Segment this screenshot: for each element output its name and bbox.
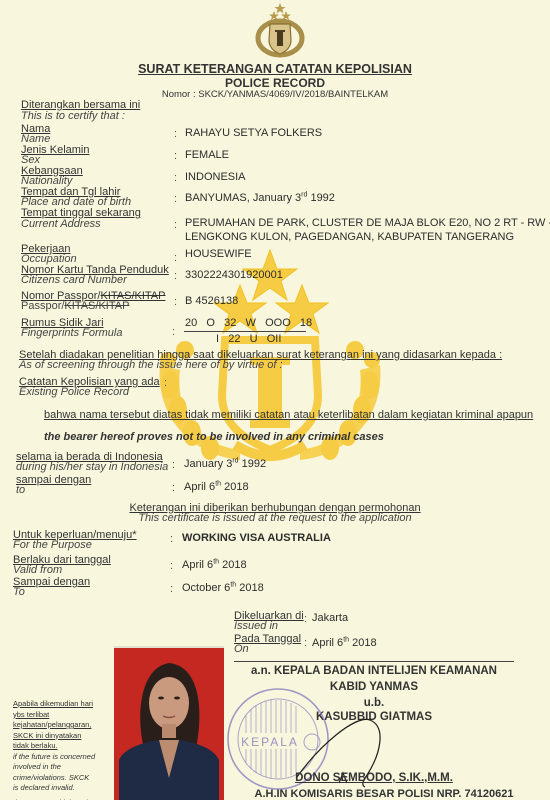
- fingerprint-divider: [184, 331, 306, 332]
- issued-place-value: Jakarta: [312, 612, 348, 625]
- colon: :: [174, 219, 177, 231]
- id-card-value: 3302224301920001: [185, 269, 283, 282]
- label-en: Citizens card Number: [21, 275, 127, 286]
- note-line: kejahatan/pelanggaran,: [13, 720, 95, 731]
- colon: :: [172, 326, 175, 338]
- signatory-line-1: a.n. KEPALA BADAN INTELIJEN KEAMANAN: [234, 665, 514, 677]
- note-line: is declared invalid.: [13, 783, 95, 794]
- police-crest-icon: [248, 2, 312, 58]
- valid-to-label-en: To: [13, 587, 25, 598]
- purpose-value: WORKING VISA AUSTRALIA: [182, 532, 331, 545]
- statement-en: the bearer hereof proves not to be invol…: [44, 431, 384, 443]
- colon: :: [174, 296, 177, 308]
- colon: :: [304, 637, 307, 649]
- name-value: RAHAYU SETYA FOLKERS: [185, 127, 322, 140]
- svg-text:KEPALA: KEPALA: [241, 735, 299, 749]
- occupation-value: HOUSEWIFE: [185, 248, 252, 261]
- existing-record-label-en: Existing Police Record: [19, 387, 129, 398]
- applicant-photo: [114, 646, 224, 800]
- nationality-value: INDONESIA: [185, 171, 246, 184]
- issued-place-label-en: Issued in: [234, 621, 278, 632]
- address-line-2: LENGKONG KULON, PAGEDANGAN, KABUPATEN TA…: [185, 231, 514, 244]
- note-line: ybs terlibat: [13, 710, 95, 721]
- note-line: Apabila dikemudian hari: [13, 699, 95, 710]
- signatory-rank: A.H.IN KOMISARIS BESAR POLISI NRP. 74120…: [234, 788, 534, 800]
- police-record-document: SURAT KETERANGAN CATATAN KEPOLISIAN POLI…: [0, 0, 550, 800]
- valid-from-value: April 6th 2018: [182, 559, 247, 572]
- note-line: crime/violations. SKCK: [13, 773, 95, 784]
- purpose-label-en: For the Purpose: [13, 540, 92, 551]
- label-en: Passpor/KITAS/KITAP: [21, 301, 129, 312]
- valid-to-value: October 6th 2018: [182, 582, 264, 595]
- sex-value: FEMALE: [185, 149, 229, 162]
- colon: :: [174, 252, 177, 264]
- portrait-icon: [114, 648, 224, 800]
- stay-to-label-id: sampai dengan: [16, 475, 91, 486]
- stay-to-label-en: to: [16, 485, 25, 496]
- label-en: Current Address: [21, 219, 101, 230]
- document-subtitle: POLICE RECORD: [0, 76, 550, 90]
- label-en: Fingerprints Formula: [21, 328, 122, 339]
- colon: :: [174, 270, 177, 282]
- note-line: SKCK ini dinyatakan: [13, 731, 95, 742]
- fingerprint-bottom: I 22 U OII: [216, 333, 281, 346]
- stay-to-value: April 6th 2018: [184, 481, 249, 494]
- intro-en: This is to certify that :: [21, 111, 125, 122]
- fingerprint-top: 20 O 32 W OOO 18: [185, 317, 312, 330]
- valid-from-label-en: Valid from: [13, 565, 62, 576]
- note-line: tidak berlaku.: [13, 741, 95, 752]
- note-line: involved in the: [13, 762, 95, 773]
- colon: :: [164, 377, 167, 389]
- issued-date-value: April 6th 2018: [312, 637, 377, 650]
- note-line: if the future is concerned: [13, 752, 95, 763]
- colon: :: [174, 172, 177, 184]
- signature-divider: [234, 661, 514, 662]
- colon: :: [174, 128, 177, 140]
- colon: :: [304, 613, 307, 625]
- stay-from-value: January 3rd 1992: [184, 458, 266, 471]
- colon: :: [172, 482, 175, 494]
- validity-note: Apabila dikemudian hari ybs terlibat kej…: [13, 699, 95, 800]
- issued-date-label-en: On: [234, 644, 249, 655]
- colon: :: [174, 193, 177, 205]
- statement-id: bahwa nama tersebut diatas tidak memilik…: [44, 410, 533, 421]
- address-line-1: PERUMAHAN DE PARK, CLUSTER DE MAJA BLOK …: [185, 217, 550, 230]
- screening-en: As of screening through the issue here o…: [19, 360, 283, 371]
- colon: :: [170, 560, 173, 572]
- passport-value: B 4526138: [185, 295, 238, 308]
- colon: :: [170, 583, 173, 595]
- colon: :: [170, 533, 173, 545]
- colon: :: [172, 459, 175, 471]
- stay-from-label-en: during his/her stay in Indonesia: [16, 462, 168, 473]
- birth-value: BANYUMAS, January 3rd 1992: [185, 192, 335, 205]
- signatory-name: DONO SEMBODO, S.IK.,M.M.: [234, 772, 514, 784]
- document-title: SURAT KETERANGAN CATATAN KEPOLISIAN: [0, 62, 550, 76]
- colon: :: [174, 150, 177, 162]
- request-en: This certificate is issued at the reques…: [0, 513, 550, 524]
